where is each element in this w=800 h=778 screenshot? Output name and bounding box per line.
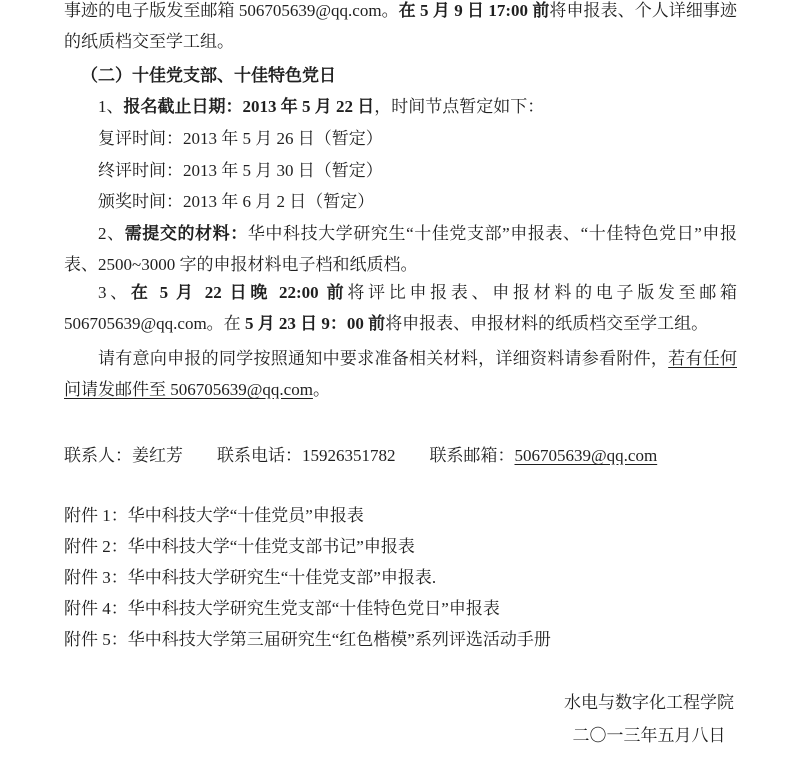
list-item-materials: 2、需提交的材料：华中科技大学研究生“十佳党支部”申报表、“十佳特色党日”申报 … [64,218,737,280]
signature-date: 二〇一三年五月八日 [561,720,737,751]
paragraph-note: 请有意向申报的同学按照通知中要求准备相关材料，详细资料请参看附件，若有任何疑 问… [64,343,737,405]
attachment-item: 附件 3：华中科技大学研究生“十佳党支部”申报表. [64,562,737,593]
attachment-item: 附件 2：华中科技大学“十佳党支部书记”申报表 [64,531,737,562]
attachment-item: 附件 4：华中科技大学研究生党支部“十佳特色党日”申报表 [64,593,737,624]
signature-block: 水电与数字化工程学院 二〇一三年五月八日 [561,687,737,751]
section-heading: （二）十佳党支部、十佳特色党日 [64,60,737,91]
body-line: 事迹的电子版发至邮箱 506705639@qq.com。在 5 月 9 日 17… [64,0,737,26]
schedule-line-award: 颁奖时间：2013 年 6 月 2 日（暂定） [64,186,737,217]
list-item-submission: 3、在 5 月 22 日晚 22:00 前将评比申报表、申报材料的电子版发至邮箱… [64,277,737,339]
attachment-item: 附件 1：华中科技大学“十佳党员”申报表 [64,500,737,531]
list-item-deadline: 1、报名截止日期：2013 年 5 月 22 日，时间节点暂定如下： [64,91,737,122]
attachment-item: 附件 5：华中科技大学第三届研究生“红色楷模”系列评选活动手册 [64,624,737,655]
body-line: 的纸质档交至学工组。 [64,26,737,57]
body-line: 表、2500~3000 字的申报材料电子档和纸质档。 [64,249,737,280]
paragraph-intro-continuation: 事迹的电子版发至邮箱 506705639@qq.com。在 5 月 9 日 17… [64,0,737,57]
document-page: 事迹的电子版发至邮箱 506705639@qq.com。在 5 月 9 日 17… [0,0,800,751]
schedule-line-review: 复评时间：2013 年 5 月 26 日（暂定） [64,123,737,154]
schedule-line-final: 终评时间：2013 年 5 月 30 日（暂定） [64,155,737,186]
body-line: 506705639@qq.com。在 5 月 23 日 9：00 前将申报表、申… [64,308,737,339]
body-line: 3、在 5 月 22 日晚 22:00 前将评比申报表、申报材料的电子版发至邮箱 [64,277,737,308]
signature-department: 水电与数字化工程学院 [561,687,737,718]
body-line: 2、需提交的材料：华中科技大学研究生“十佳党支部”申报表、“十佳特色党日”申报 [64,218,737,249]
body-line: 问请发邮件至 506705639@qq.com。 [64,374,737,405]
contact-line: 联系人：姜红芳 联系电话：15926351782 联系邮箱：506705639@… [64,440,737,471]
body-line: 请有意向申报的同学按照通知中要求准备相关材料，详细资料请参看附件，若有任何疑 [64,343,737,374]
